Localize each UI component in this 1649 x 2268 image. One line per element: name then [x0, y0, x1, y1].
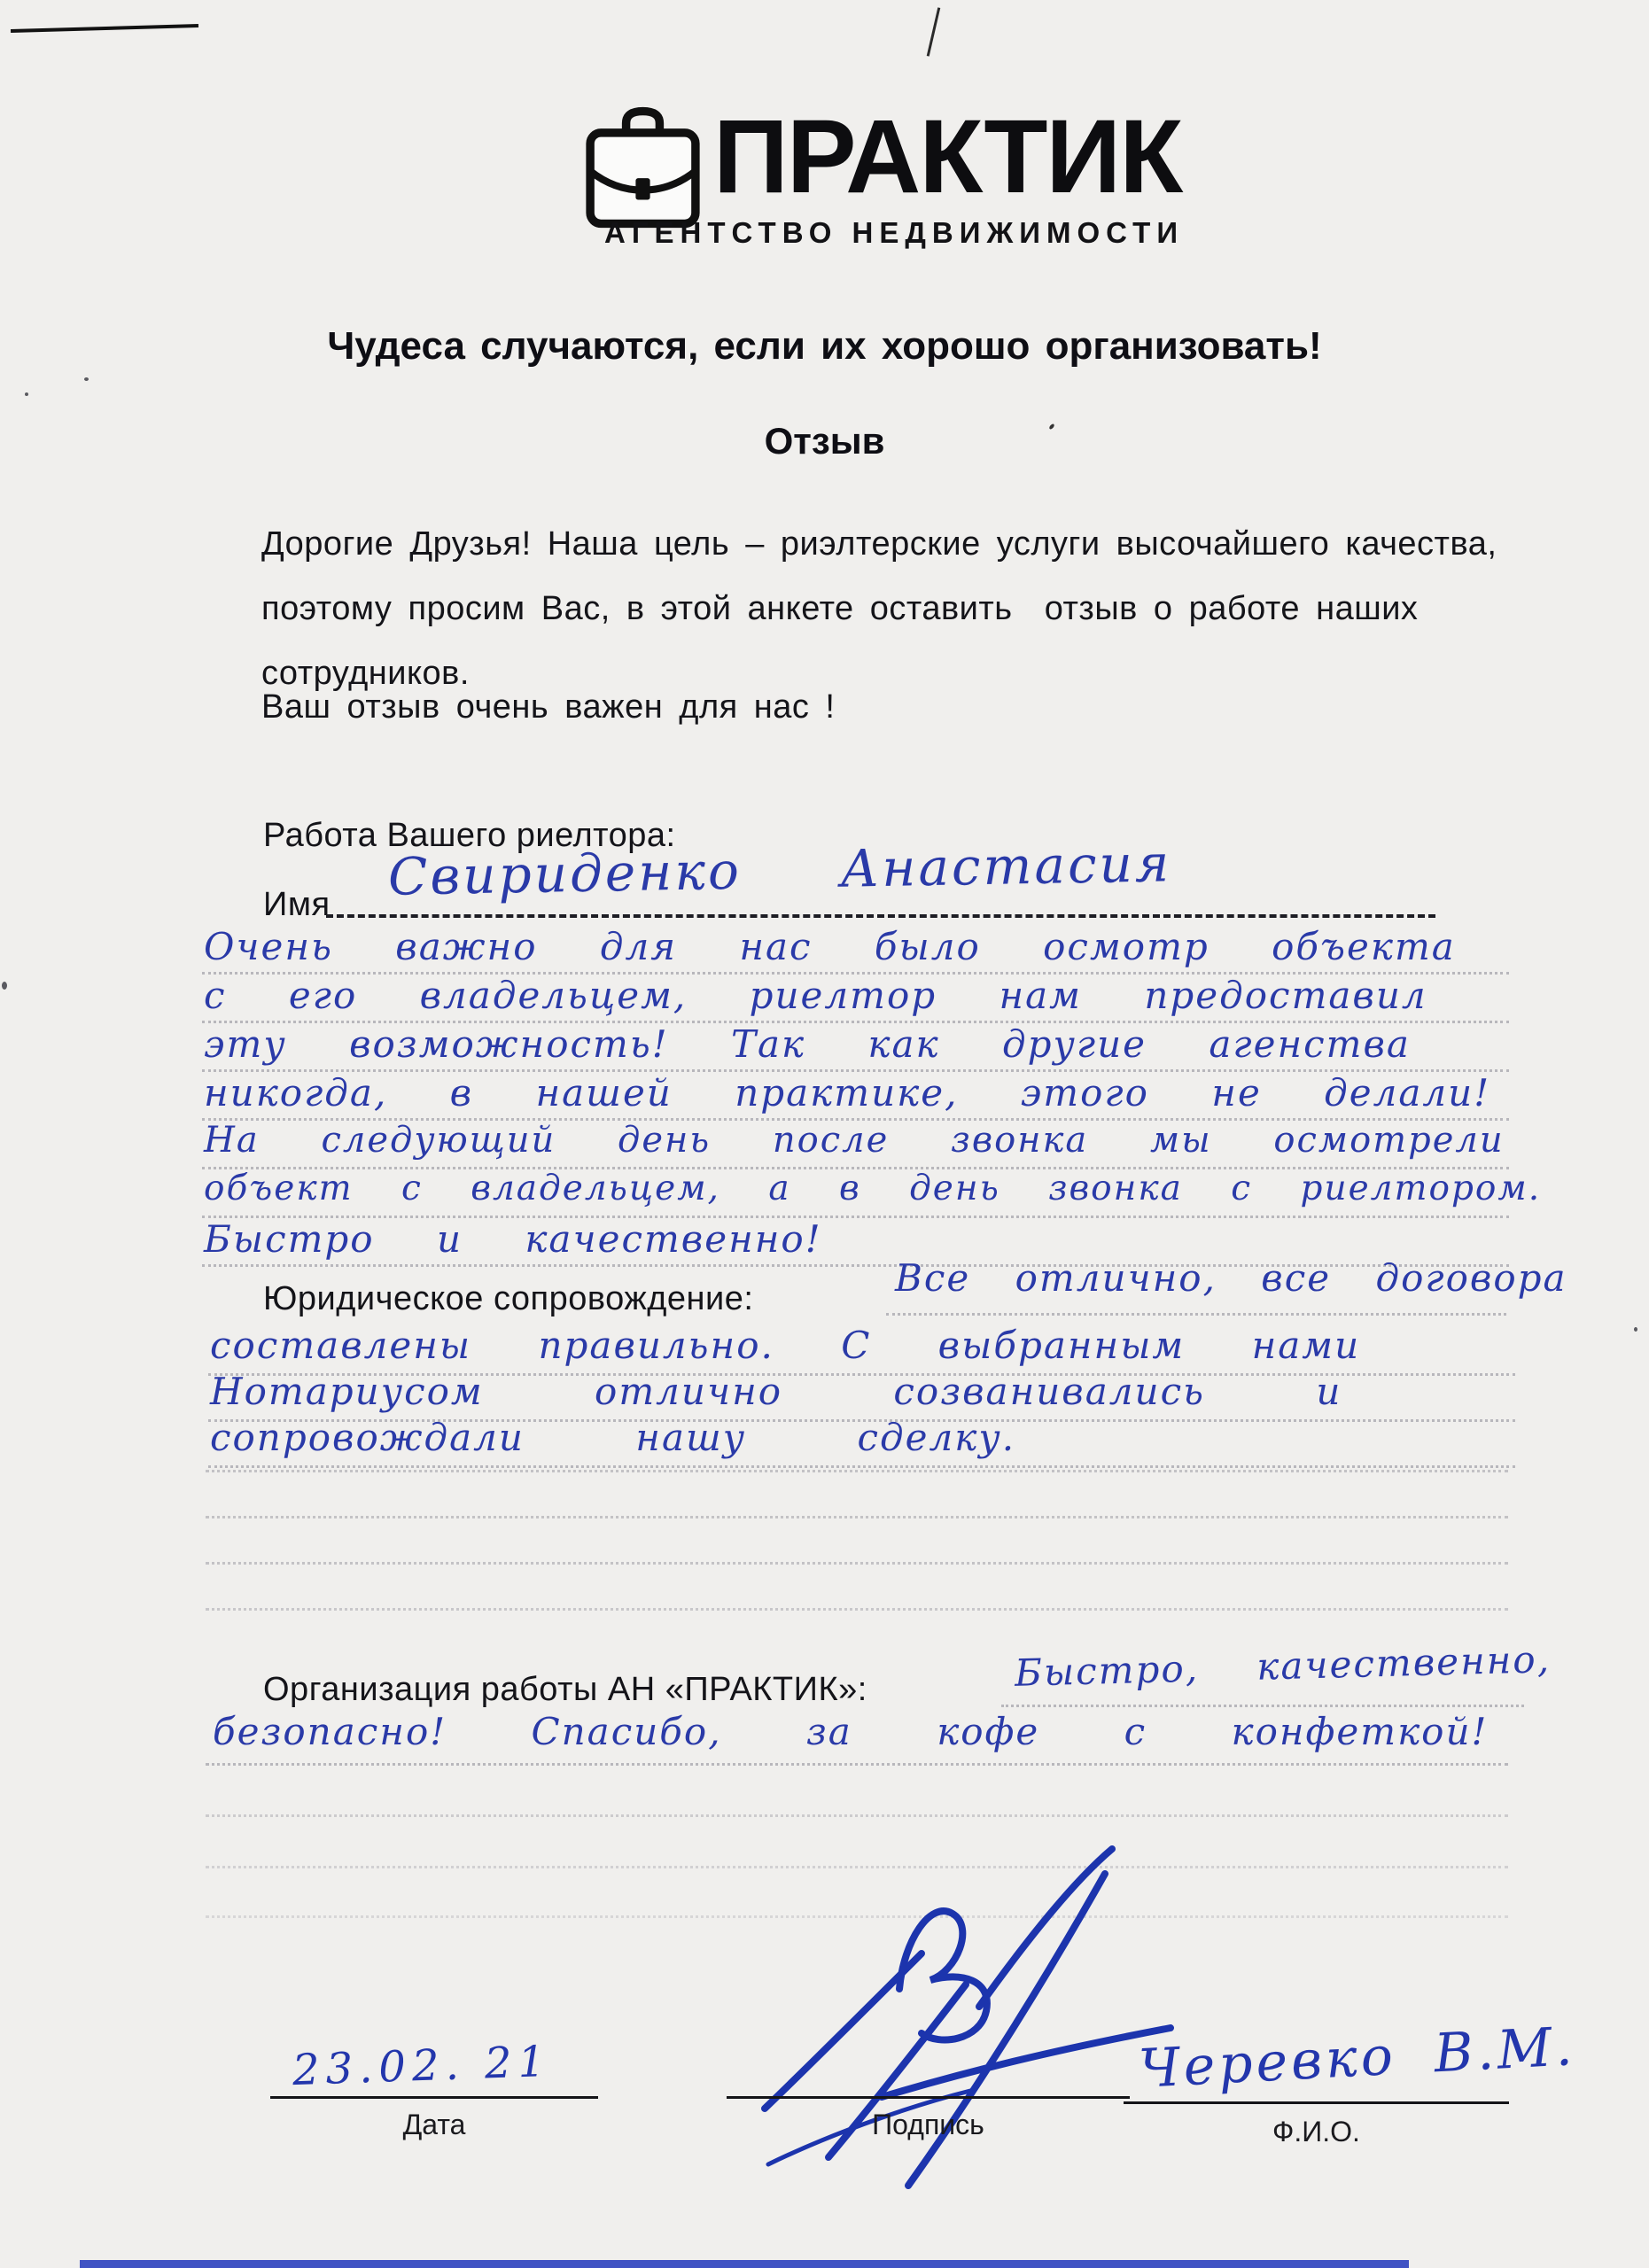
blank-rule: [206, 1516, 1508, 1518]
review-line: Быстро и качественно!: [204, 1217, 822, 1261]
review-line: объект с владельцем, а в день звонка с р…: [204, 1169, 1541, 1208]
date-value-handwritten: 23.02. 21: [292, 2037, 552, 2095]
date-line: [270, 2096, 598, 2099]
legal-line: сопровождали нашу сделку.: [210, 1416, 1015, 1459]
fio-label: Ф.И.О.: [1124, 2116, 1509, 2148]
org-inline-handwritten: Быстро, качественно,: [1014, 1637, 1551, 1695]
date-label: Дата: [270, 2109, 598, 2141]
name-line: [326, 914, 1435, 918]
scan-speck: [1634, 1327, 1637, 1332]
review-line: эту возможность! Так как другие агенства: [204, 1022, 1411, 1066]
review-line: Очень важно для нас было осмотр объекта: [204, 925, 1456, 968]
scan-artifact-line: [11, 24, 198, 33]
signature-scribble: [758, 1838, 1183, 2197]
legal-line: Нотариусом отлично созванивались и: [210, 1370, 1342, 1413]
review-line: никогда, в нашей практике, этого не дела…: [204, 1071, 1490, 1115]
tagline: Чудеса случаются, если их хорошо организ…: [0, 324, 1649, 369]
org-rule: [1001, 1705, 1524, 1707]
fio-value-handwritten: Черевко В.М.: [1138, 2016, 1577, 2101]
signature-line: [727, 2096, 1130, 2099]
brand-name: ПРАКТИК: [713, 105, 1181, 209]
blank-rule: [206, 1608, 1508, 1611]
org-line: безопасно! Спасибо, за кофе с конфеткой!: [213, 1710, 1488, 1753]
blank-rule: [206, 1562, 1508, 1565]
org-rule: [206, 1763, 1508, 1766]
blank-rule: [206, 1814, 1508, 1817]
scan-speck: [25, 392, 28, 396]
intro-line-1: Дорогие Друзья! Наша цель – риэлтерские …: [261, 512, 1497, 577]
section-label-legal: Юридическое сопровождение:: [263, 1280, 753, 1318]
scan-speck: [84, 377, 89, 381]
legal-rule: [208, 1465, 1515, 1468]
scanned-feedback-form: ПРАКТИК АГЕНТСТВО НЕДВИЖИМОСТИ Чудеса сл…: [0, 0, 1649, 2268]
legal-line: составлены правильно. С выбранным нами: [210, 1324, 1360, 1367]
brand-logo: ПРАКТИК АГЕНТСТВО НЕДВИЖИМОСТИ: [576, 89, 1303, 252]
importance-note: Ваш отзыв очень важен для нас !: [261, 675, 835, 740]
bottom-scan-strip: [80, 2260, 1409, 2268]
review-line: с его владельцем, риелтор нам предостави…: [204, 974, 1427, 1017]
intro-line-2: поэтому просим Вас, в этой анкете остави…: [261, 577, 1418, 641]
name-label: Имя: [263, 886, 331, 924]
brand-subtitle: АГЕНТСТВО НЕДВИЖИМОСТИ: [604, 216, 1184, 250]
legal-inline-handwritten: Все отлично, все договора: [895, 1256, 1567, 1300]
form-title: Отзыв: [0, 420, 1649, 462]
scan-speck: [2, 982, 7, 990]
review-line: На следующий день после звонка мы осмотр…: [204, 1120, 1505, 1161]
legal-rule: [886, 1313, 1506, 1316]
blank-rule: [206, 1470, 1508, 1472]
section-label-organization: Организация работы АН «ПРАКТИК»:: [263, 1671, 867, 1709]
scan-artifact-tick: [927, 7, 941, 56]
name-value-handwritten: Свириденко Анастасия: [387, 833, 1171, 906]
signature-label: Подпись: [727, 2109, 1130, 2141]
fio-line: [1124, 2101, 1509, 2104]
